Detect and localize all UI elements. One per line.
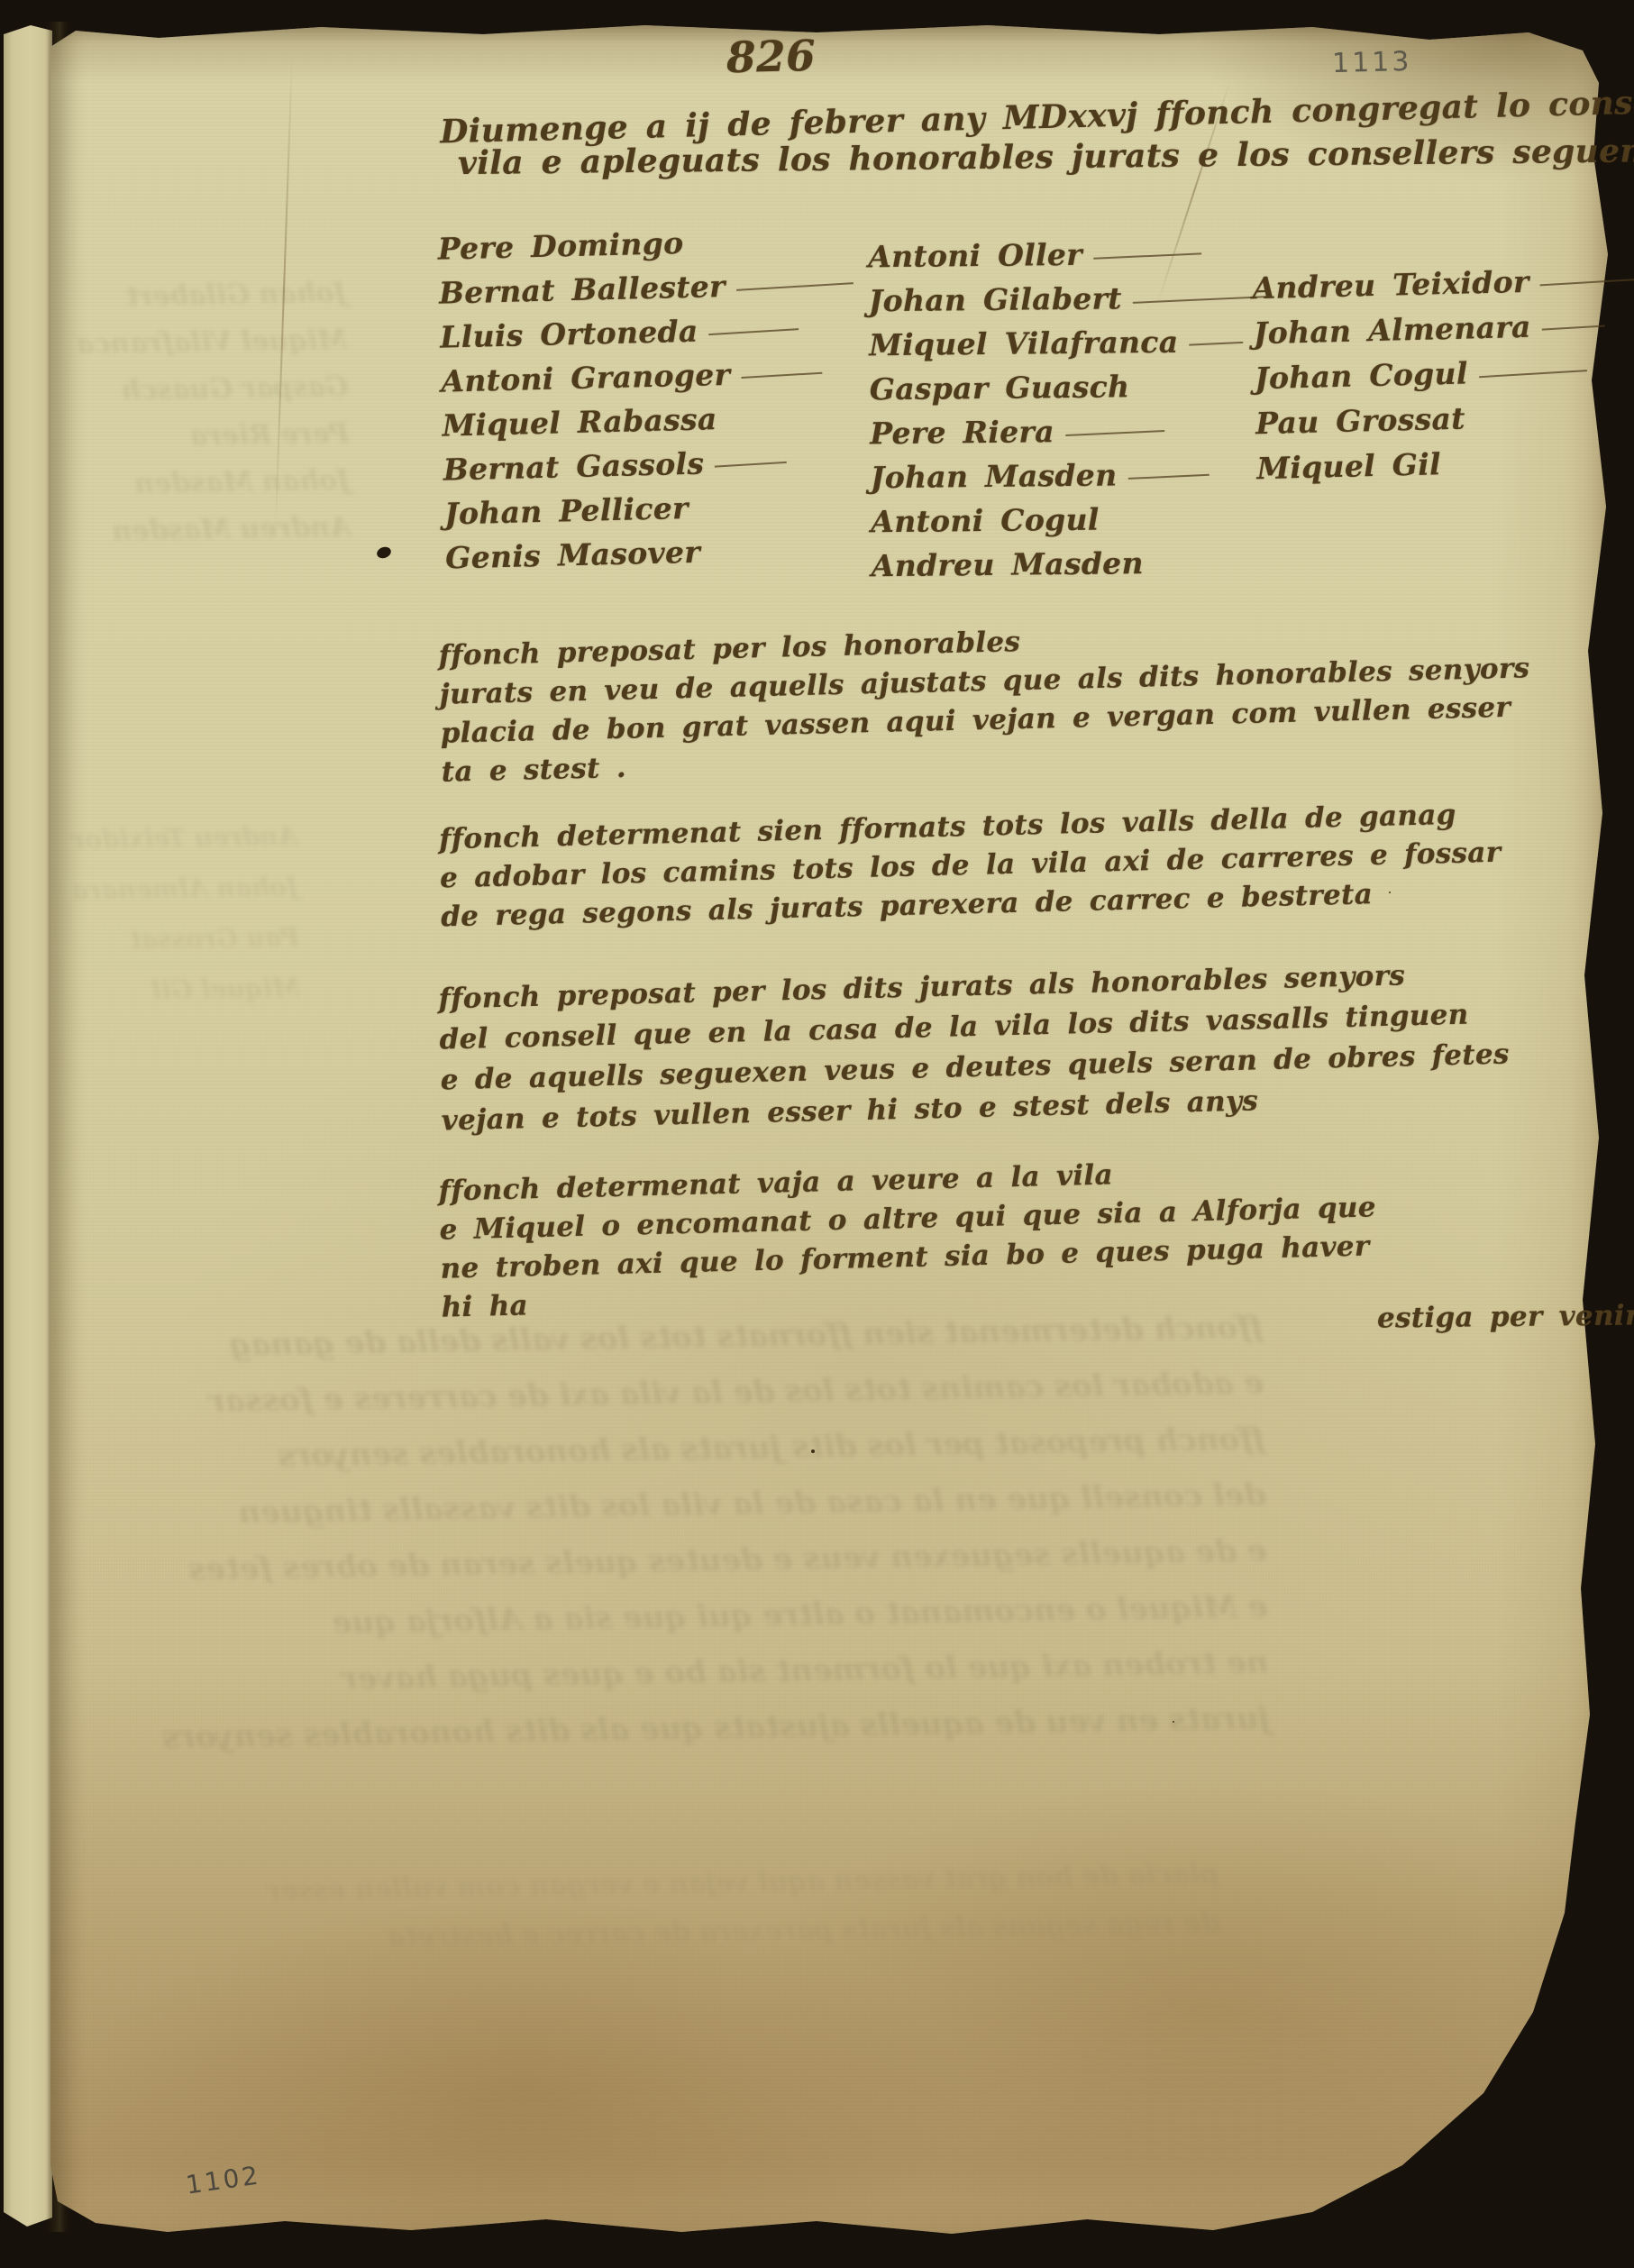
ghost-line: Andreu Masden xyxy=(79,504,351,555)
attendee-column-1: Pere Domingo Bernat Ballester Lluis Orto… xyxy=(437,216,860,580)
ghost-line: Andreu Teixidor xyxy=(70,811,298,865)
paragraph-4: ffonch determenat vaja a veure a la vila… xyxy=(438,1149,1378,1327)
attendee-name: Miquel Vilafranca xyxy=(869,319,1269,368)
verso-showthrough-lower: ffonch determenat sien ffornats tots los… xyxy=(155,1299,1270,1765)
attendee-name: Johan Masden xyxy=(871,452,1271,500)
ghost-line: Gaspar Guasch xyxy=(77,363,349,415)
paragraph-4-tail: estiga per venir xyxy=(1377,1296,1634,1338)
manuscript-photo: Johan Gilabert Miquel Vilafranca Gaspar … xyxy=(0,0,1634,2268)
attendee-column-2: Antoni Oller Johan Gilabert Miquel Vilaf… xyxy=(868,231,1271,589)
ghost-line: Johan Almenara xyxy=(71,862,299,916)
attendee-name: Antoni Oller xyxy=(868,231,1268,279)
verso-showthrough-upper: Johan Gilabert Miquel Vilafranca Gaspar … xyxy=(75,270,351,555)
attendee-name: Miquel Gil xyxy=(1256,437,1634,491)
verso-showthrough-margin: Andreu Teixidor Johan Almenara Pau Gross… xyxy=(70,811,301,1017)
folio-number-ink: 826 xyxy=(726,32,816,83)
folio-number-pencil: 1113 xyxy=(1332,46,1412,79)
paragraph-1: ffonch preposat per los honorables jurat… xyxy=(438,610,1532,792)
ghost-line: Miquel Vilafranca xyxy=(76,316,348,368)
attendee-name: Johan Cogul xyxy=(1254,347,1634,401)
previous-leaf-edge xyxy=(4,22,52,2227)
attendee-name: Gaspar Guasch xyxy=(869,363,1269,412)
attendee-name: Pere Riera xyxy=(870,407,1270,456)
ghost-line: Miquel Gil xyxy=(73,963,301,1017)
attendee-name: Johan Gilabert xyxy=(868,275,1268,324)
paper-speck xyxy=(811,1450,815,1453)
ghost-line: Johan Masden xyxy=(78,457,351,508)
ghost-line: Pere Riera xyxy=(78,410,350,462)
ghost-line: Pau Grossat xyxy=(72,912,300,966)
paragraph-3: ffonch preposat per los dits jurats als … xyxy=(438,954,1511,1142)
attendee-name: Antoni Cogul xyxy=(871,496,1271,544)
ghost-line: Johan Gilabert xyxy=(75,270,347,321)
ink-blot xyxy=(375,545,392,561)
attendee-name: Andreu Masden xyxy=(872,540,1272,589)
attendee-column-3: Andreu Teixidor Johan Almenara Johan Cog… xyxy=(1252,257,1634,491)
verso-showthrough-bottom: placia de bon grat vassen aqui vejan e v… xyxy=(266,1851,1220,1964)
